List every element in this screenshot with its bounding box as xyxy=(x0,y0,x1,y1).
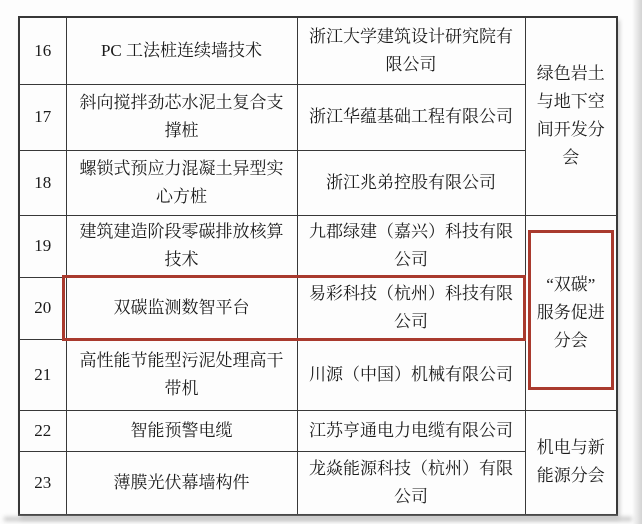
row-number-cell: 16 xyxy=(19,17,66,84)
technology-cell: 建筑建造阶段零碳排放核算 技术 xyxy=(66,215,297,277)
row-number-cell: 20 xyxy=(19,277,66,339)
company-cell: 浙江华蕴基础工程有限公司 xyxy=(297,84,525,150)
technology-cell: PC 工法桩连续墙技术 xyxy=(66,17,297,84)
technology-cell: 螺锁式预应力混凝土异型实 心方桩 xyxy=(66,150,297,215)
scanned-document-page: 16 PC 工法桩连续墙技术 浙江大学建筑设计研究院有 限公司 绿色岩土 与地下… xyxy=(0,0,642,524)
technology-cell: 斜向搅拌劲芯水泥土复合支 撑桩 xyxy=(66,84,297,150)
technology-cell: 智能预警电缆 xyxy=(66,410,297,451)
row-number-cell: 21 xyxy=(19,339,66,410)
table-row: 16 PC 工法桩连续墙技术 浙江大学建筑设计研究院有 限公司 绿色岩土 与地下… xyxy=(19,17,617,84)
technology-cell: 高性能节能型污泥处理高干 带机 xyxy=(66,339,297,410)
row-number-cell: 17 xyxy=(19,84,66,150)
division-cell-mech-new-energy: 机电与新 能源分会 xyxy=(525,410,617,515)
table-row: 19 建筑建造阶段零碳排放核算 技术 九郡绿建（嘉兴）科技有限 公司 “双碳” … xyxy=(19,215,617,277)
scan-edge-shadow-bottom xyxy=(4,517,632,521)
row-number-cell: 18 xyxy=(19,150,66,215)
company-cell: 龙焱能源科技（杭州）有限 公司 xyxy=(297,451,525,515)
technology-list-table: 16 PC 工法桩连续墙技术 浙江大学建筑设计研究院有 限公司 绿色岩土 与地下… xyxy=(18,16,618,516)
company-cell: 江苏亨通电力电缆有限公司 xyxy=(297,410,525,451)
company-cell: 易彩科技（杭州）科技有限 公司 xyxy=(297,277,525,339)
scan-edge-shadow-right xyxy=(632,0,642,524)
company-cell: 浙江兆弟控股有限公司 xyxy=(297,150,525,215)
technology-cell: 双碳监测数智平台 xyxy=(66,277,297,339)
division-cell-dual-carbon: “双碳” 服务促进 分会 xyxy=(525,215,617,410)
company-cell: 浙江大学建筑设计研究院有 限公司 xyxy=(297,17,525,84)
row-number-cell: 23 xyxy=(19,451,66,515)
row-number-cell: 22 xyxy=(19,410,66,451)
row-number-cell: 19 xyxy=(19,215,66,277)
division-cell-green-geotech: 绿色岩土 与地下空 间开发分 会 xyxy=(525,17,617,215)
table-row: 22 智能预警电缆 江苏亨通电力电缆有限公司 机电与新 能源分会 xyxy=(19,410,617,451)
company-cell: 九郡绿建（嘉兴）科技有限 公司 xyxy=(297,215,525,277)
technology-cell: 薄膜光伏幕墙构件 xyxy=(66,451,297,515)
company-cell: 川源（中国）机械有限公司 xyxy=(297,339,525,410)
